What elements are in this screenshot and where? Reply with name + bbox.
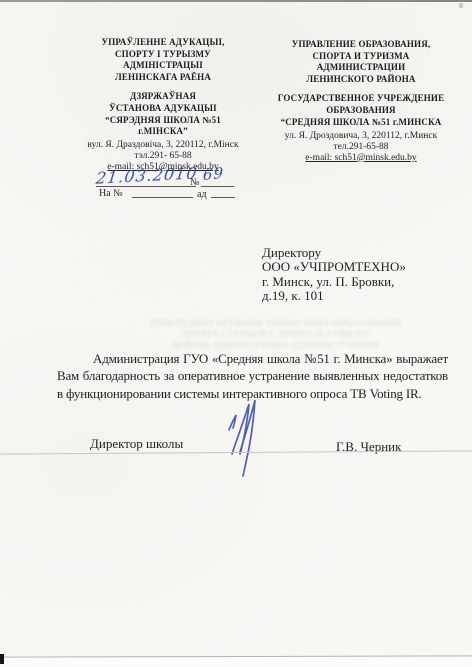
address-line: вул. Я. Драздовіча, 3, 220112, г.Мінск [56,140,270,151]
number-blank-line [201,186,234,187]
letterhead-line: СПОРТУ І ТУРЫЗМУ [56,49,270,61]
signature-title: Директор школы [90,436,183,452]
letterhead-line: АДМИНИСТРАЦИИ [256,62,466,74]
letterhead-line: УПРАЎЛЕННЕ АДУКАЦЫІ, [56,37,270,49]
reply-date-blank-line [211,197,235,198]
letterhead-line: ЛЕНИНСКОГО РАЙОНА [256,74,466,86]
body-line: Администрация ГУО «Средняя школа №51 г. … [57,350,448,367]
handwritten-number: 69 [203,164,225,184]
letterhead-line: г.МІНСКА” [56,126,270,138]
letterhead-line: СПОРТА И ТУРИЗМА [256,51,466,63]
letterhead-right-contacts: ул. Я. Дроздовича, 3, 220112, г.Минск те… [256,131,466,163]
scan-edge-top [0,0,472,2]
letterhead-line: ОБРАЗОВАНИЯ [256,105,466,117]
scan-bottom-strip [0,657,472,667]
recipient-line: г. Минск, ул. П. Бровки, [262,275,406,289]
letterhead-line: ДЗЯРЖАЎНАЯ [56,91,270,103]
address-line: ул. Я. Дроздовича, 3, 220112, г.Минск [256,131,466,142]
letterhead-line: ЎСТАНОВА АДУКАЦЫІ [56,103,270,115]
letterhead-left: УПРАЎЛЕННЕ АДУКАЦЫІ, СПОРТУ І ТУРЫЗМУ АД… [56,37,270,138]
letterhead-line: АДМІНІСТРАЦЫІ [56,60,270,72]
recipient-line: ООО «УЧПРОМТЕХНО» [262,260,406,274]
phone-line: тел.291-65-88 [256,142,466,153]
recipient-block: Директору ООО «УЧПРОМТЕХНО» г. Минск, ул… [262,246,406,304]
letterhead-line: ЛЕНІНСКАГА РАЁНА [56,72,270,84]
reply-number-blank-line [132,197,193,198]
date-blank-line [96,186,196,187]
letterhead-line: ГОСУДАРСТВЕННОЕ УЧРЕЖДЕНИЕ [256,93,466,105]
recipient-line: д.19, к. 101 [262,289,406,303]
reply-from-label: ад [197,189,207,200]
letterhead-line: “СЯРЭДНЯЯ ШКОЛА №51 [56,115,270,127]
letterhead-line: “СРЕДНЯЯ ШКОЛА №51 г.МИНСКА [256,117,466,129]
handwritten-date: 21.03.2010 [95,163,199,187]
bleed-through-artifact: ЙИНАВОЗАРБО ЕИНЕЛВАРПУ ЫЦАКУДА ЕННЕЛЎАРП… [110,318,440,351]
email-line: e-mail: sch51@minsk.edu.by [256,153,466,164]
letterhead-line: УПРАВЛЕНИЕ ОБРАЗОВАНИЯ, [256,39,466,51]
reply-to-label: На № [99,188,123,199]
letterhead-right: УПРАВЛЕНИЕ ОБРАЗОВАНИЯ, СПОРТА И ТУРИЗМА… [256,39,466,128]
signature-name: Г.В. Черник [336,439,401,455]
scanned-letter-page: УПРАЎЛЕННЕ АДУКАЦЫІ, СПОРТУ І ТУРЫЗМУ АД… [0,0,472,667]
phone-line: тэл.291- 65-88 [56,151,270,162]
signature-ink [220,394,280,478]
scan-speck [459,3,463,8]
body-line: Вам благодарность за оперативное устране… [57,367,448,384]
scan-corner-mark [0,654,4,664]
recipient-line: Директору [262,246,406,260]
